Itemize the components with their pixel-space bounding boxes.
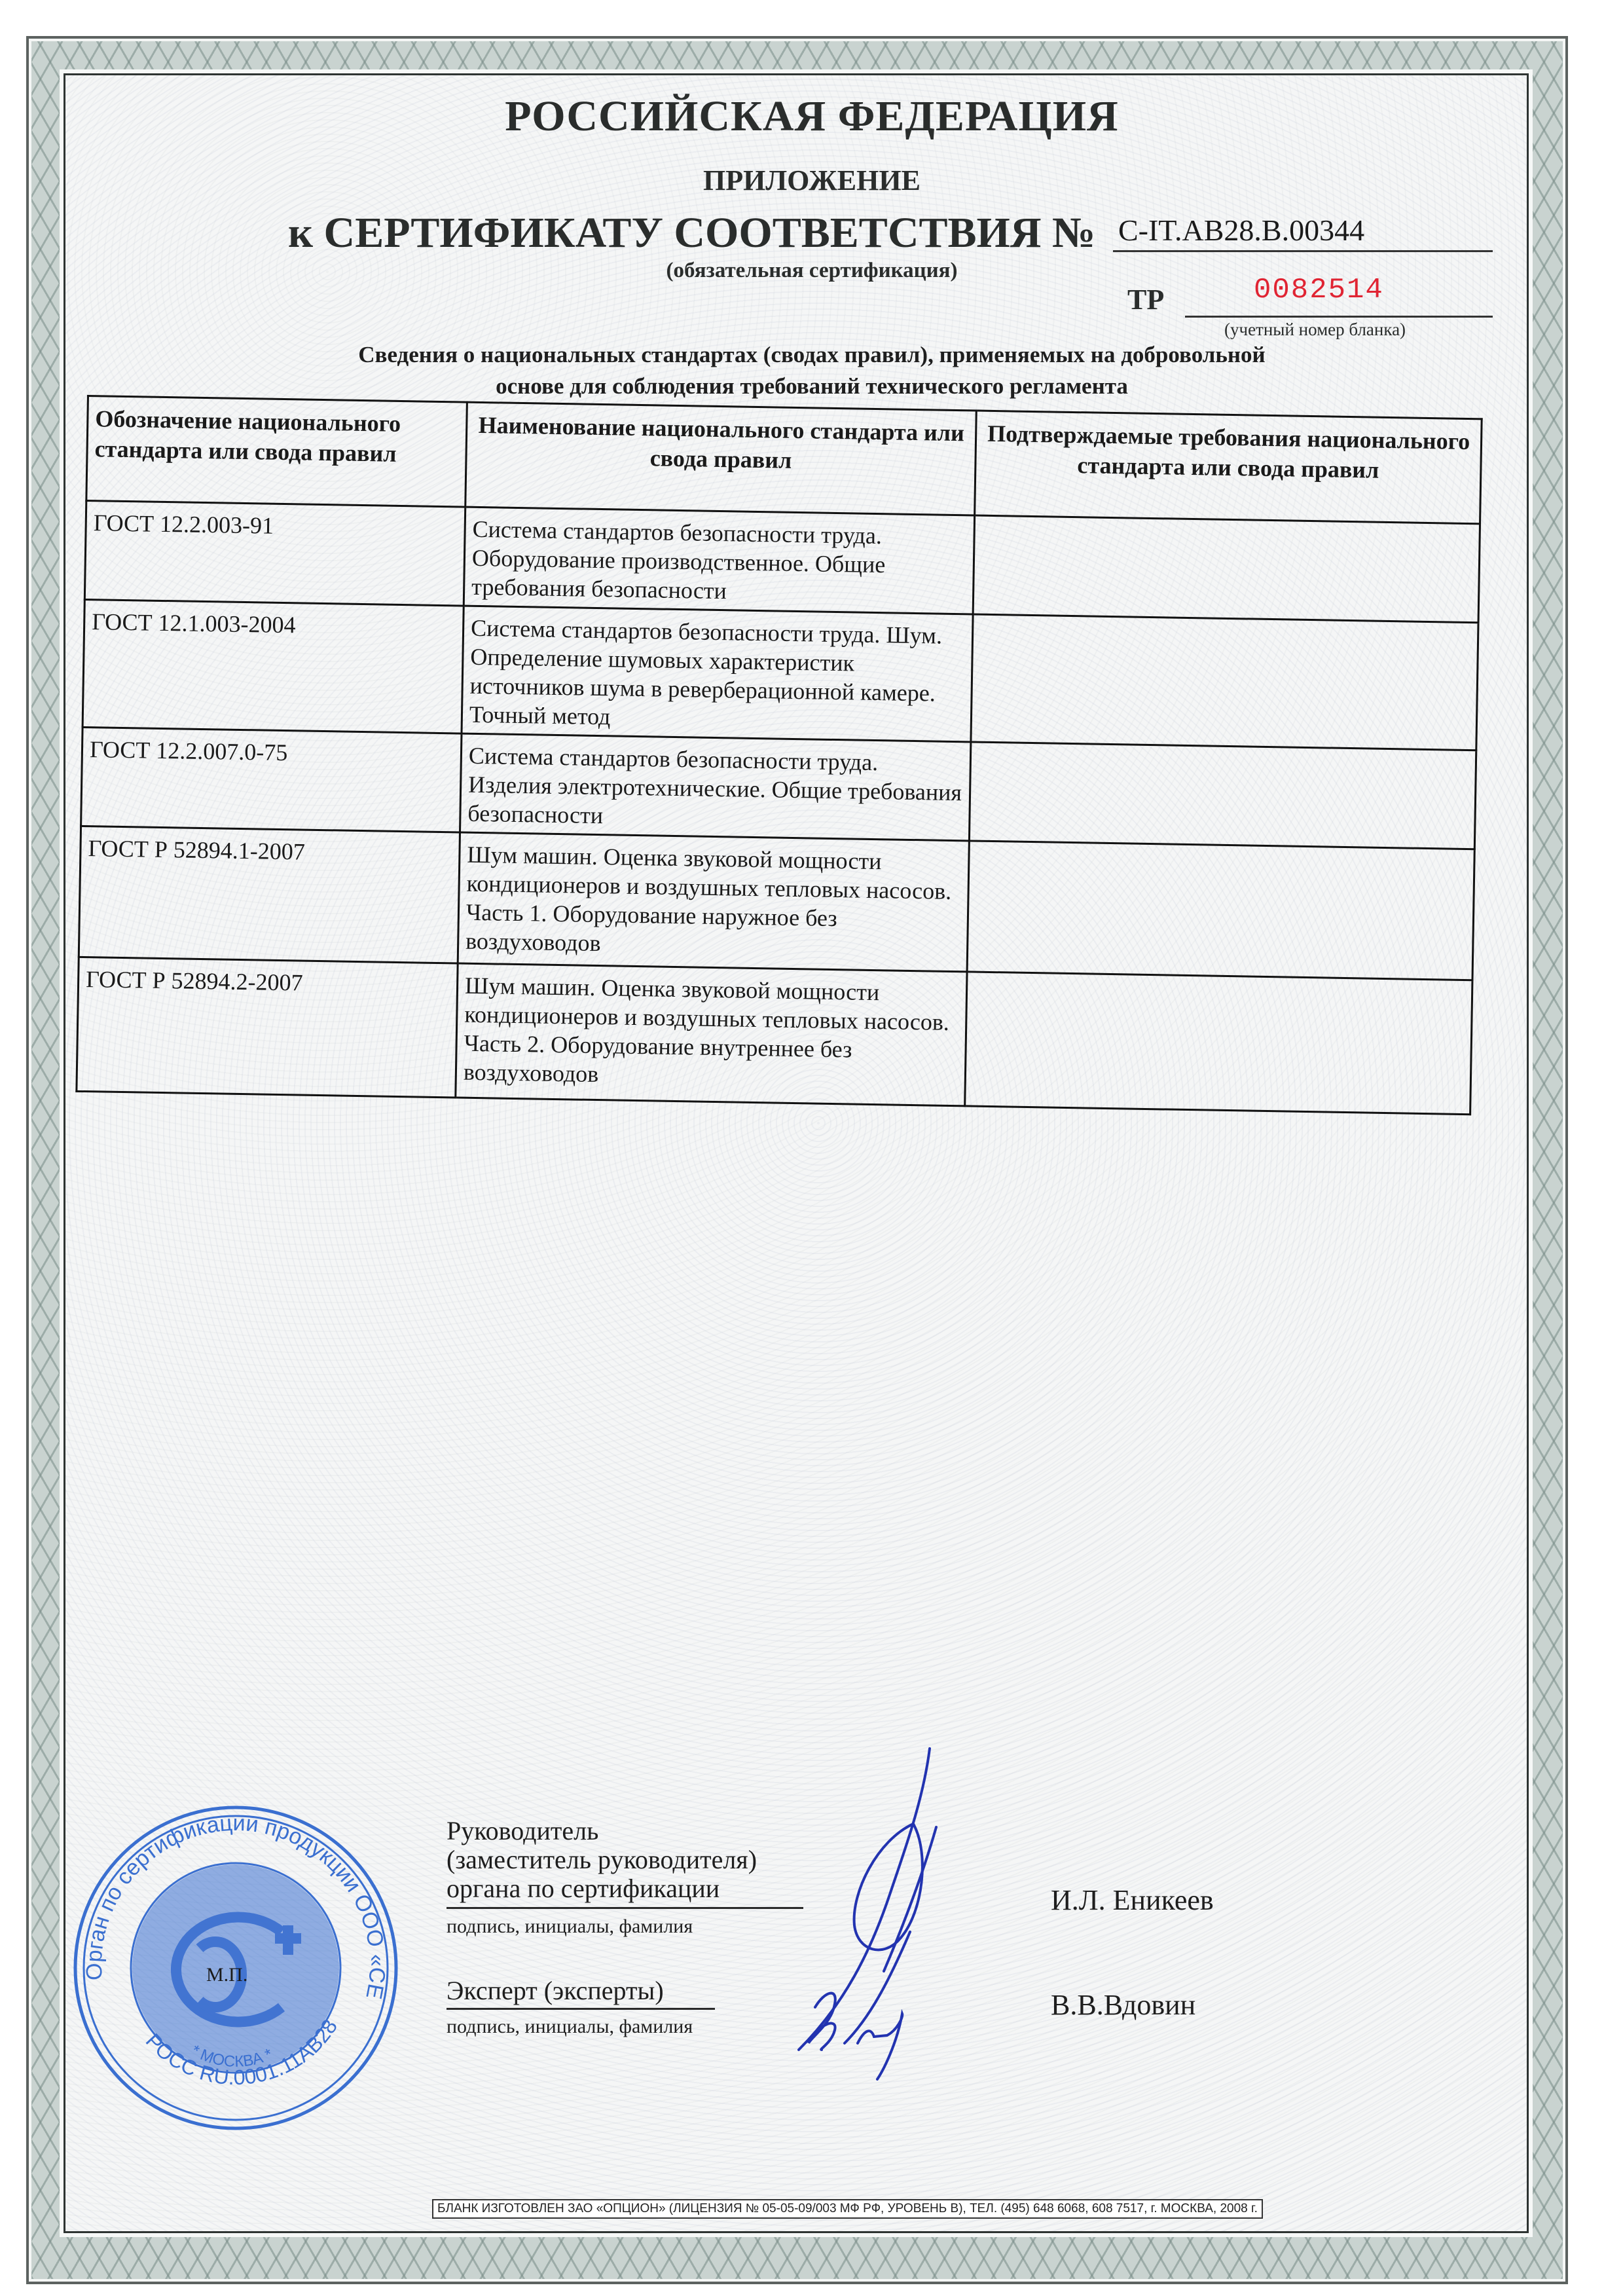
head-role-line3: органа по сертификации [447, 1873, 720, 1904]
standard-requirements [965, 972, 1472, 1115]
handwritten-signatures [773, 1742, 1021, 2083]
table-row: ГОСТ Р 52894.1-2007 Шум машин. Оценка зв… [79, 826, 1474, 980]
standards-table: Обозначение национального стандарта или … [75, 395, 1480, 1115]
standard-designation: ГОСТ 12.2.007.0-75 [81, 727, 462, 832]
expert-role: Эксперт (эксперты) [447, 1975, 664, 2006]
expert-name: В.В.Вдовин [1051, 1988, 1195, 2022]
standard-name: Шум машин. Оценка звуковой мощности конд… [456, 963, 967, 1106]
form-number-underline [1185, 316, 1493, 318]
printer-note: БЛАНК ИЗГОТОВЛЕН ЗАО «ОПЦИОН» (ЛИЦЕНЗИЯ … [432, 2199, 1263, 2219]
certification-type: (обязательная сертификация) [666, 259, 958, 283]
seal-label: М.П. [206, 1964, 247, 1986]
appendix-title: ПРИЛОЖЕНИЕ [703, 164, 921, 197]
standard-requirements [973, 515, 1480, 623]
form-number: 0082514 [1254, 274, 1384, 306]
standard-name: Шум машин. Оценка звуковой мощности конд… [458, 832, 969, 972]
table-row: ГОСТ 12.1.003-2004 Система стандартов бе… [82, 599, 1478, 750]
certificate-number-underline [1113, 250, 1493, 252]
expert-signature-line [447, 2008, 715, 2010]
form-number-caption: (учетный номер бланка) [1224, 320, 1406, 340]
expert-signature-caption: подпись, инициалы, фамилия [447, 2016, 693, 2038]
certificate-title: к СЕРТИФИКАТУ СООТВЕТСТВИЯ № [288, 208, 1095, 258]
standard-designation: ГОСТ 12.1.003-2004 [82, 599, 464, 733]
standard-requirements [969, 742, 1476, 849]
certificate-number: C-IT.AB28.B.00344 [1118, 213, 1364, 248]
standard-name: Система стандартов безопасности труда. Ш… [462, 606, 973, 742]
standard-requirements [971, 614, 1478, 750]
standard-designation: ГОСТ 12.2.003-91 [84, 501, 465, 606]
head-role-line2: (заместитель руководителя) [447, 1844, 757, 1875]
standard-designation: ГОСТ Р 52894.1-2007 [79, 826, 460, 963]
section-heading-line1: Сведения о национальных стандартах (свод… [358, 342, 1265, 368]
certification-body-stamp: Орган по сертификации продукции ООО «СЕР… [65, 1798, 406, 2138]
standard-designation: ГОСТ Р 52894.2-2007 [77, 957, 458, 1098]
standard-name: Система стандартов безопасности труда. И… [460, 733, 971, 841]
country-title: РОССИЙСКАЯ ФЕДЕРАЦИЯ [505, 92, 1118, 141]
head-role-line1: Руководитель [447, 1815, 598, 1846]
standard-requirements [967, 841, 1474, 980]
column-header-requirements: Подтверждаемые требования национального … [975, 411, 1482, 524]
table-row: ГОСТ Р 52894.2-2007 Шум машин. Оценка зв… [77, 957, 1472, 1114]
form-series-label: ТР [1127, 283, 1164, 316]
column-header-designation: Обозначение национального стандарта или … [86, 396, 467, 508]
head-signature-caption: подпись, инициалы, фамилия [447, 1916, 693, 1938]
section-heading-line2: основе для соблюдения требований техниче… [496, 373, 1128, 399]
standard-name: Система стандартов безопасности труда. О… [464, 507, 974, 614]
head-signature-line [447, 1907, 803, 1909]
head-name: И.Л. Еникеев [1051, 1883, 1214, 1917]
column-header-name: Наименование национального стандарта или… [465, 402, 977, 515]
